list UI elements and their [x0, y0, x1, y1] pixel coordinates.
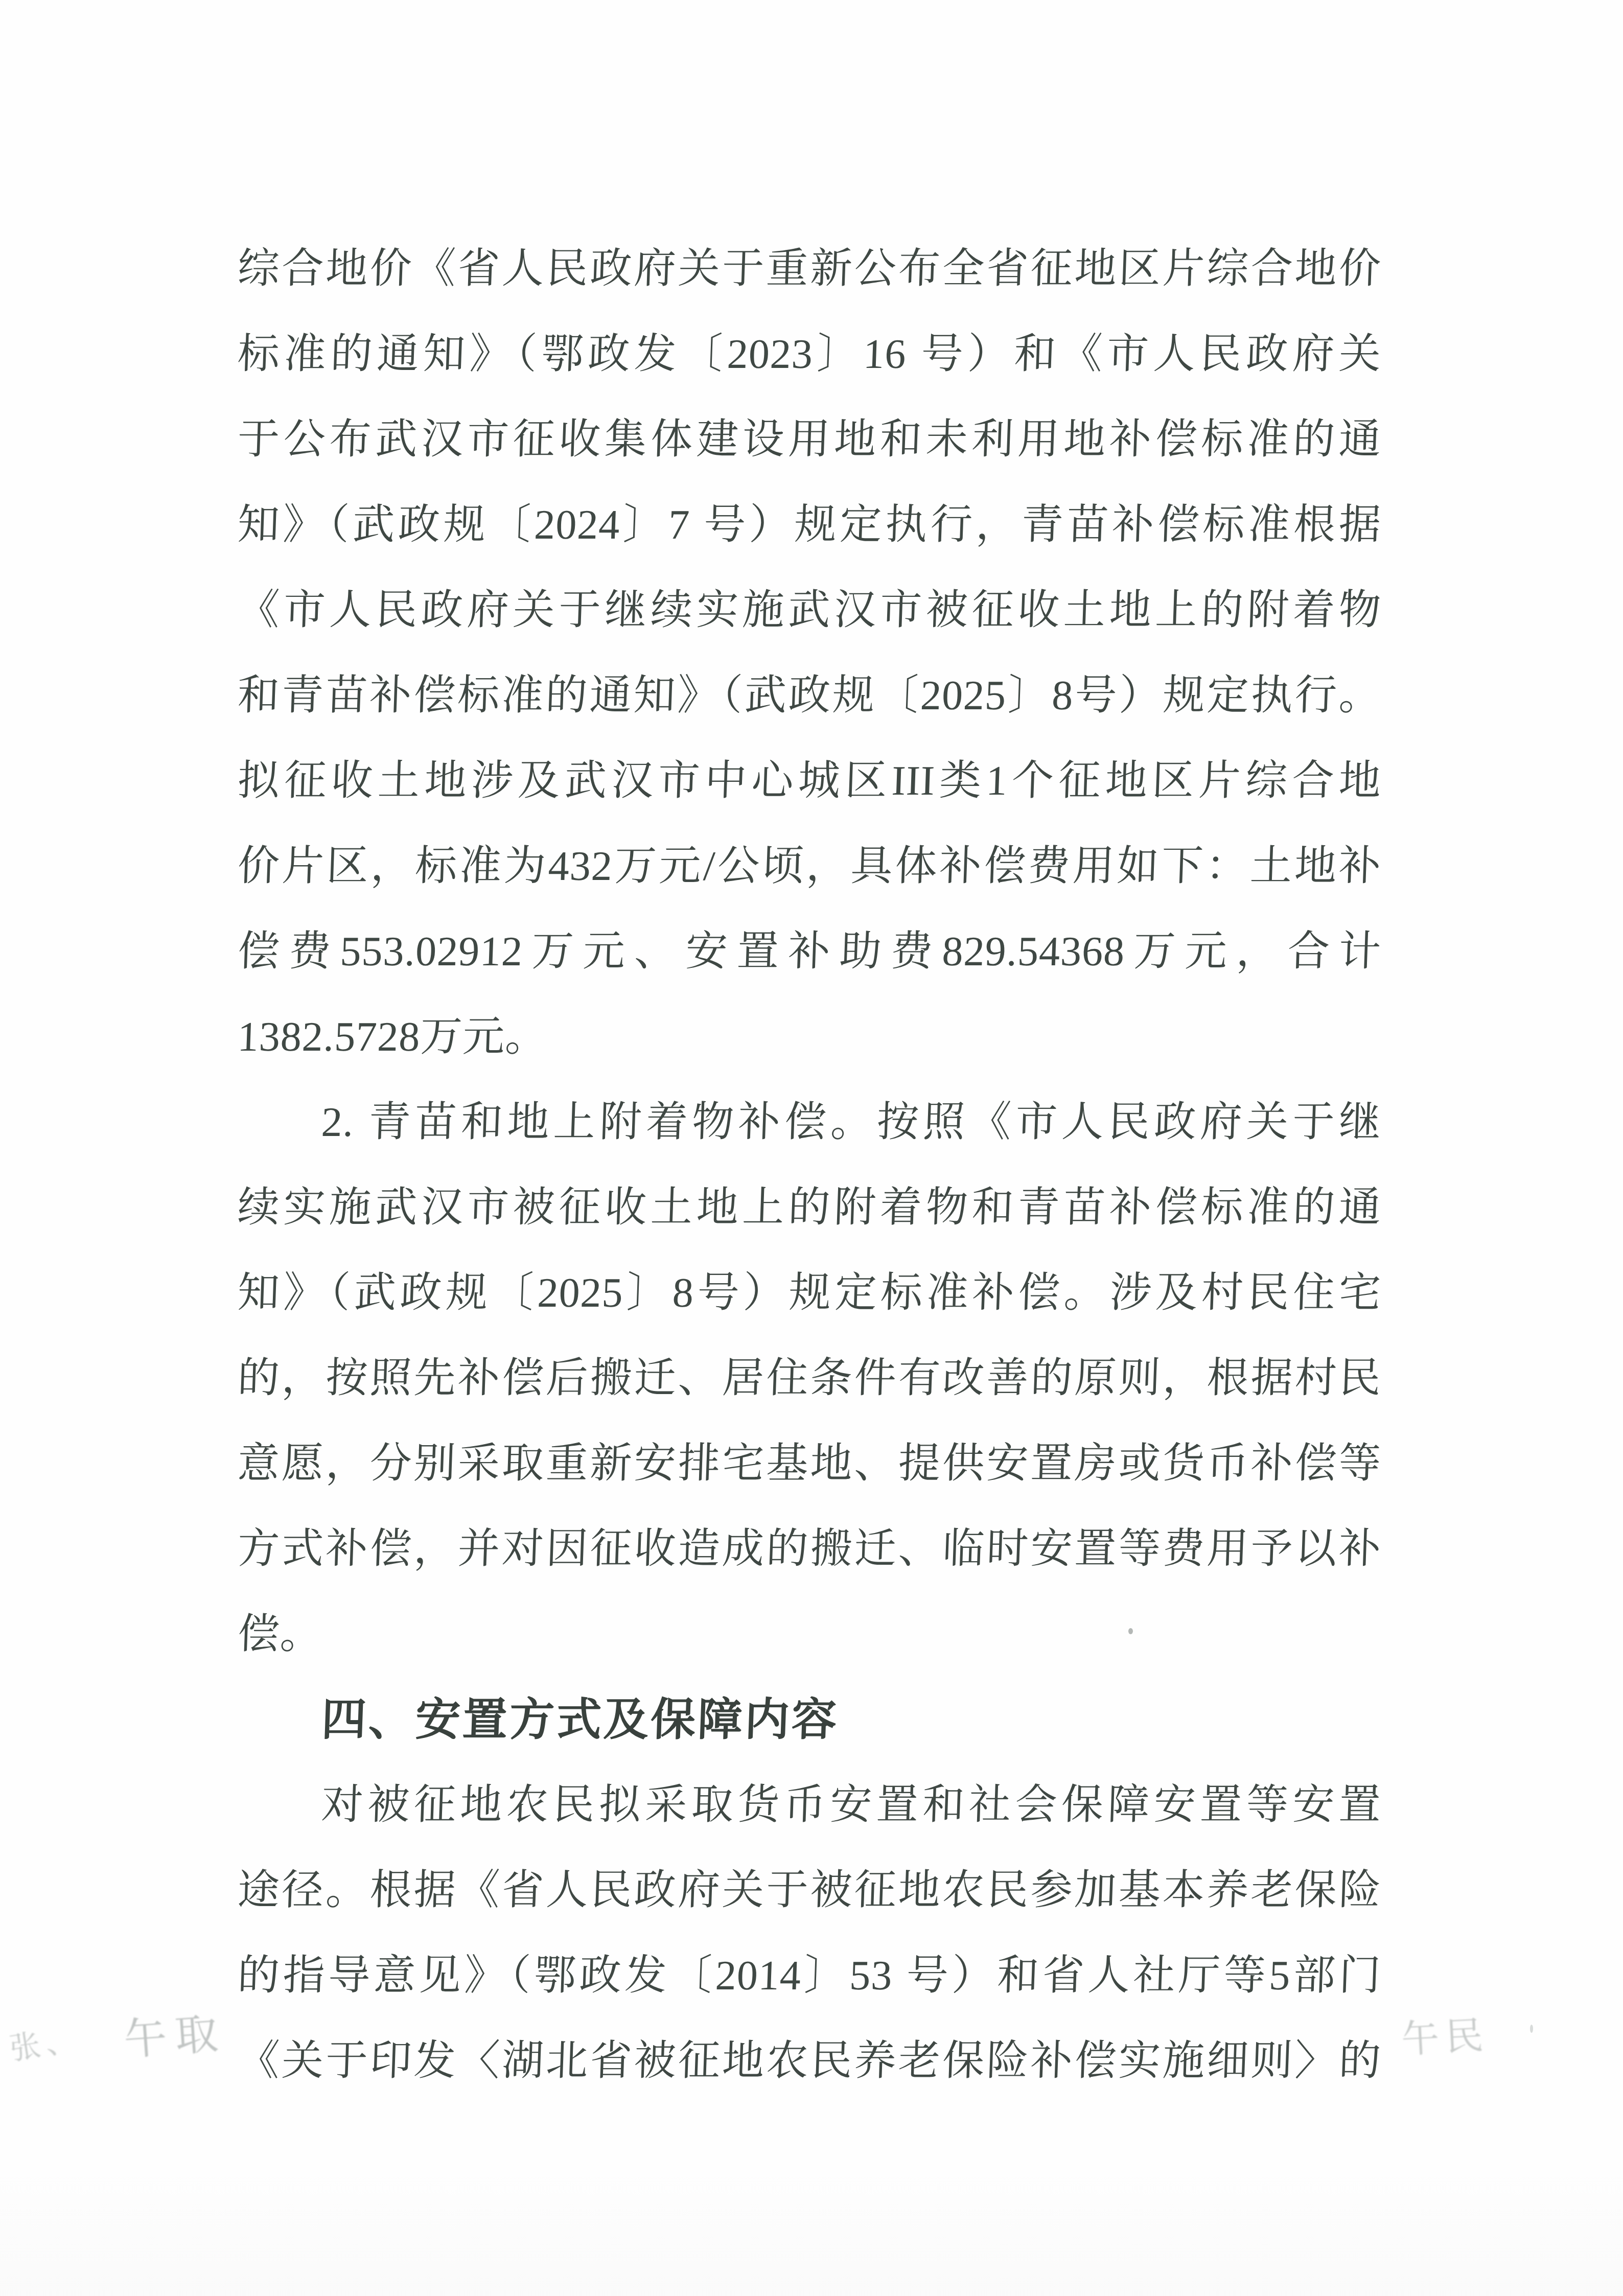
bleedthrough-text: 张、	[6, 2014, 84, 2069]
body-line: 途径。根据《省人民政府关于被征地农民参加基本养老保险	[236, 1847, 1383, 1933]
body-line: 价片区，标准为432万元/公顷，具体补偿费用如下：土地补	[236, 823, 1383, 909]
body-line: 知》（武政规〔2024〕7 号）规定执行，青苗补偿标准根据	[236, 482, 1383, 567]
document-body: 综合地价《省人民政府关于重新公布全省征地区片综合地价 标准的通知》（鄂政发〔20…	[238, 226, 1381, 2103]
body-line: 知》（武政规〔2025〕8号）规定标准补偿。涉及村民住宅	[236, 1250, 1383, 1335]
body-line: 综合地价《省人民政府关于重新公布全省征地区片综合地价	[236, 226, 1383, 311]
body-line: 《关于印发〈湖北省被征地农民养老保险补偿实施细则〉的	[236, 2018, 1383, 2103]
body-line: 偿费553.02912万元、安置补助费829.54368万元，合计	[236, 909, 1383, 994]
body-line: 的，按照先补偿后搬迁、居住条件有改善的原则，根据村民	[236, 1335, 1383, 1421]
bleedthrough-text: 午民	[1400, 2005, 1490, 2064]
scanned-document-page: 综合地价《省人民政府关于重新公布全省征地区片综合地价 标准的通知》（鄂政发〔20…	[0, 0, 1623, 2296]
body-line: 对被征地农民拟采取货币安置和社会保障安置等安置	[236, 1762, 1383, 1847]
body-line: 意愿，分别采取重新安排宅基地、提供安置房或货币补偿等	[236, 1421, 1383, 1506]
body-line: 续实施武汉市被征收土地上的附着物和青苗补偿标准的通	[236, 1165, 1383, 1250]
bleedthrough-text: 午取	[122, 1999, 228, 2068]
body-line: 2. 青苗和地上附着物补偿。按照《市人民政府关于继	[236, 1079, 1383, 1165]
body-line: 的指导意见》（鄂政发〔2014〕53 号）和省人社厅等5部门	[236, 1933, 1383, 2018]
body-line: 1382.5728万元。	[236, 994, 1383, 1079]
body-line: 偿。	[236, 1591, 1383, 1677]
section-heading: 四、安置方式及保障内容	[236, 1677, 1383, 1762]
body-line: 《市人民政府关于继续实施武汉市被征收土地上的附着物	[236, 567, 1383, 653]
body-line: 拟征收土地涉及武汉市中心城区III类1个征地区片综合地	[236, 738, 1383, 823]
scan-speck	[1530, 2025, 1533, 2033]
body-line: 标准的通知》（鄂政发〔2023〕16 号）和《市人民政府关	[236, 311, 1383, 397]
body-line: 于公布武汉市征收集体建设用地和未利用地补偿标准的通	[236, 397, 1383, 482]
body-line: 和青苗补偿标准的通知》（武政规〔2025〕8号）规定执行。	[236, 653, 1383, 738]
body-line: 方式补偿，并对因征收造成的搬迁、临时安置等费用予以补	[236, 1506, 1383, 1591]
